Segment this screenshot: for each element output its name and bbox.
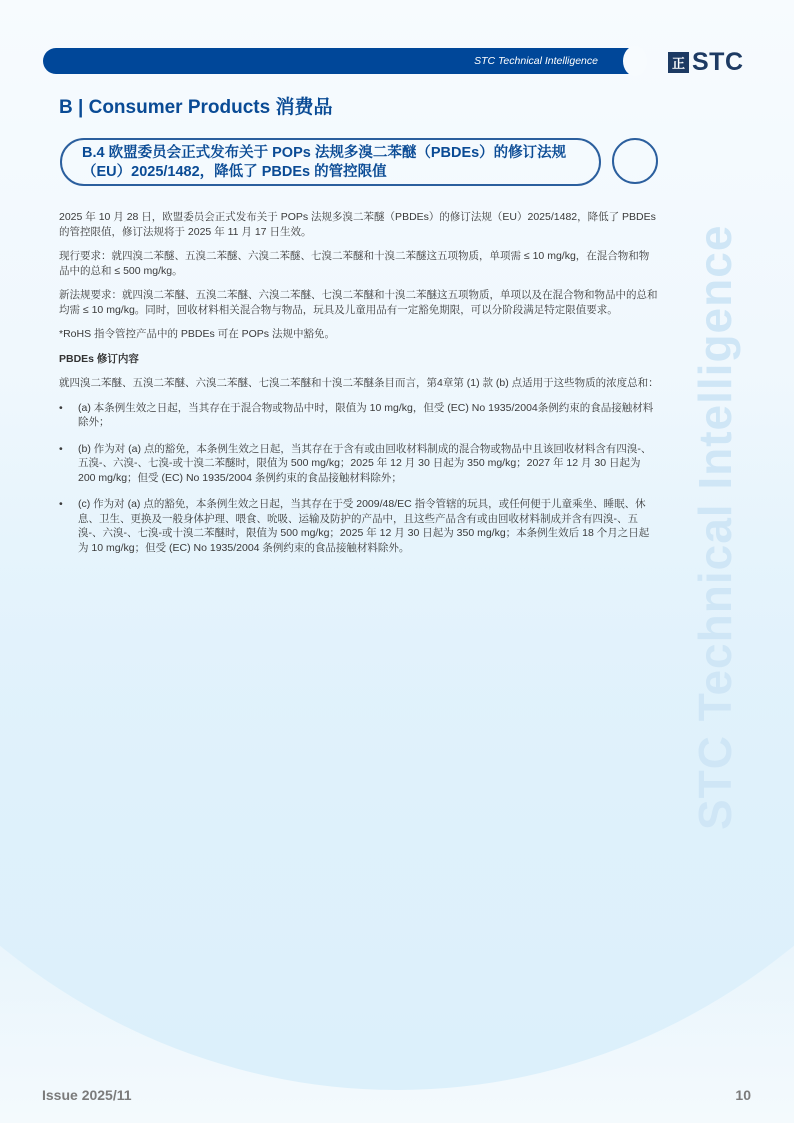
- list-item: • (a) 本条例生效之日起，当其存在于混合物或物品中时，限值为 10 mg/k…: [59, 401, 659, 430]
- list-item: • (b) 作为对 (a) 点的豁免，本条例生效之日起，当其存在于含有或由回收材…: [59, 442, 659, 486]
- bullet-text: (a) 本条例生效之日起，当其存在于混合物或物品中时，限值为 10 mg/kg，…: [78, 402, 653, 429]
- banner-notch-decoration: [623, 46, 647, 76]
- article-title: B.4 欧盟委员会正式发布关于 POPs 法规多溴二苯醚（PBDEs）的修订法规…: [82, 144, 582, 182]
- bullet-icon: •: [59, 401, 63, 416]
- subheading-revision-content: PBDEs 修订内容: [59, 352, 659, 367]
- paragraph-rohs-note: *RoHS 指令管控产品中的 PBDEs 可在 POPs 法规中豁免。: [59, 327, 659, 342]
- stc-logo: 正 STC: [668, 48, 744, 77]
- list-item: • (c) 作为对 (a) 点的豁免，本条例生效之日起，当其存在于受 2009/…: [59, 497, 659, 555]
- logo-mark-icon: 正: [668, 52, 689, 73]
- circle-decoration-icon: [612, 138, 658, 184]
- article-body: 2025 年 10 月 28 日，欧盟委员会正式发布关于 POPs 法规多溴二苯…: [59, 210, 659, 567]
- banner-label: STC Technical Intelligence: [474, 55, 598, 67]
- section-title: B | Consumer Products 消费品: [59, 92, 332, 119]
- header-banner: STC Technical Intelligence: [43, 48, 638, 74]
- vertical-watermark: STC Technical Intelligence: [688, 225, 742, 830]
- bullet-text: (b) 作为对 (a) 点的豁免，本条例生效之日起，当其存在于含有或由回收材料制…: [78, 443, 651, 484]
- paragraph-announcement: 2025 年 10 月 28 日，欧盟委员会正式发布关于 POPs 法规多溴二苯…: [59, 210, 659, 239]
- revision-bullet-list: • (a) 本条例生效之日起，当其存在于混合物或物品中时，限值为 10 mg/k…: [59, 401, 659, 556]
- bullet-icon: •: [59, 497, 63, 512]
- paragraph-current-requirements: 现行要求：就四溴二苯醚、五溴二苯醚、六溴二苯醚、七溴二苯醚和十溴二苯醚这五项物质…: [59, 249, 659, 278]
- page-number: 10: [735, 1087, 751, 1103]
- bullet-icon: •: [59, 442, 63, 457]
- footer-issue: Issue 2025/11: [42, 1087, 132, 1103]
- paragraph-intro: 就四溴二苯醚、五溴二苯醚、六溴二苯醚、七溴二苯醚和十溴二苯醚条目而言，第4章第 …: [59, 376, 659, 391]
- paragraph-new-requirements: 新法规要求：就四溴二苯醚、五溴二苯醚、六溴二苯醚、七溴二苯醚和十溴二苯醚这五项物…: [59, 288, 659, 317]
- bullet-text: (c) 作为对 (a) 点的豁免，本条例生效之日起，当其存在于受 2009/48…: [78, 498, 649, 554]
- logo-text: STC: [692, 48, 744, 77]
- article-title-box: B.4 欧盟委员会正式发布关于 POPs 法规多溴二苯醚（PBDEs）的修订法规…: [60, 138, 601, 186]
